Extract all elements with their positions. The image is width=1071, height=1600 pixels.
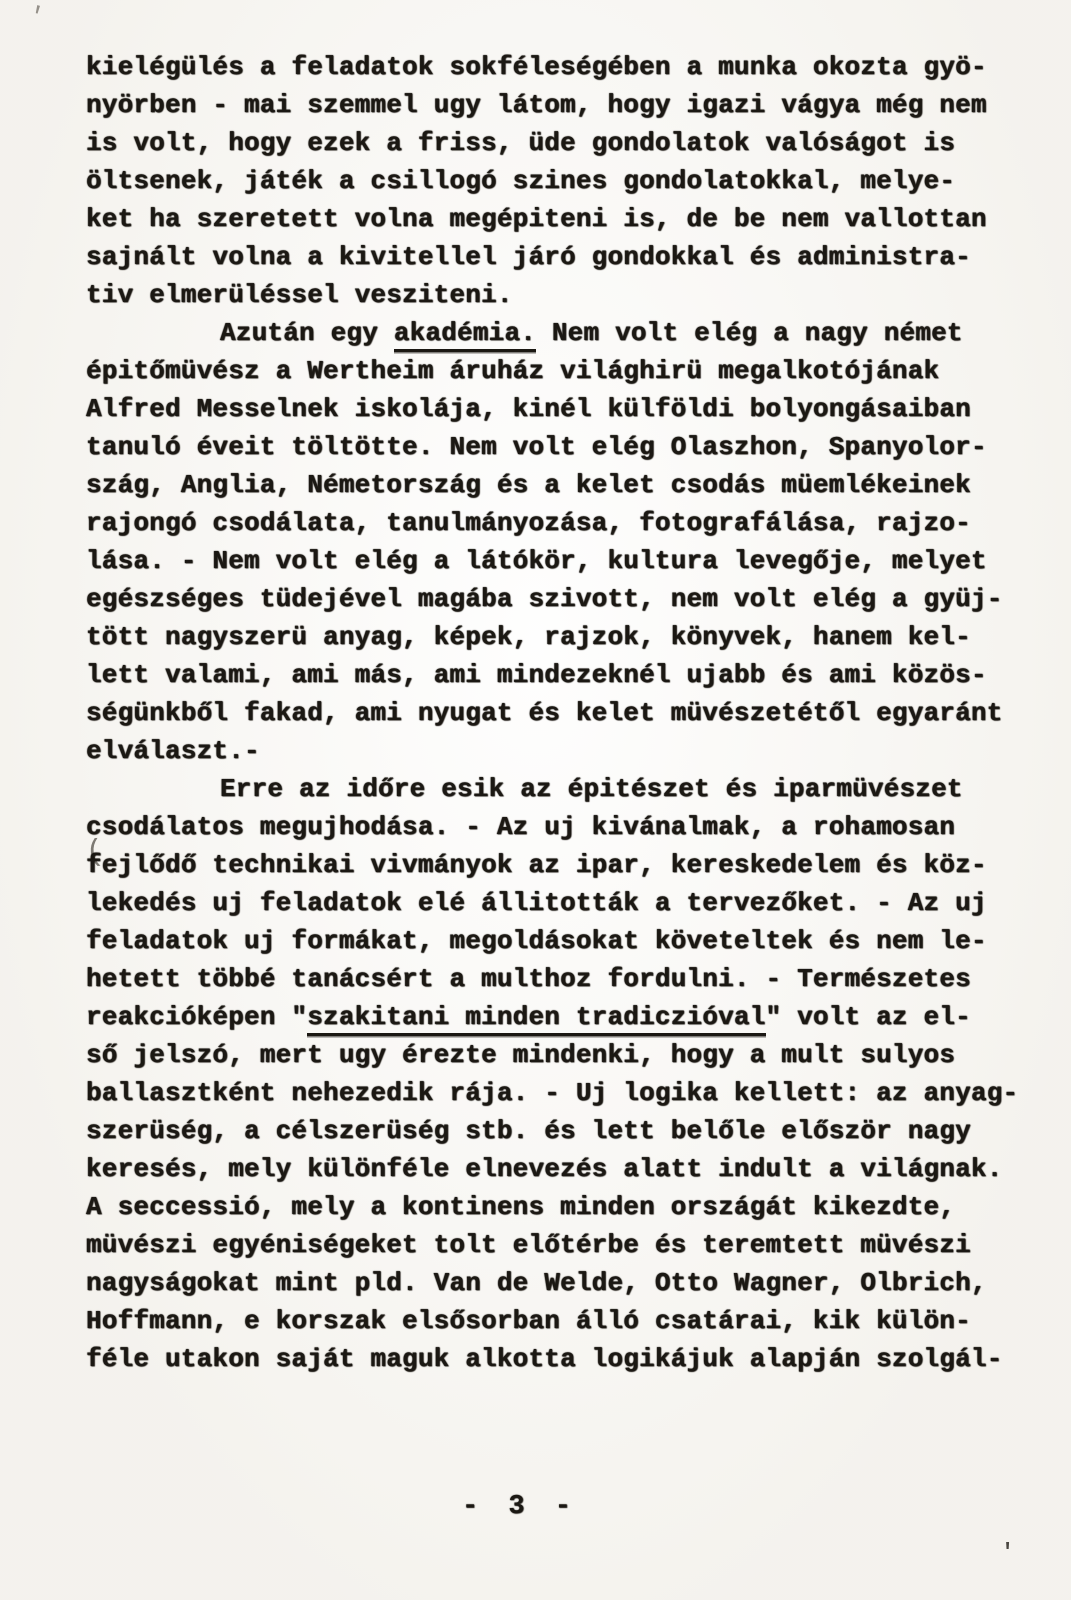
text-segment: tött nagyszerü anyag, képek, rajzok, kön… xyxy=(86,622,971,652)
text-segment: fejlődő technikai vivmányok az ipar, ker… xyxy=(86,850,987,880)
text-line: ket ha szeretett volna megépiteni is, de… xyxy=(86,200,1036,238)
text-line: tanuló éveit töltötte. Nem volt elég Ola… xyxy=(86,428,1036,466)
text-segment: öltsenek, játék a csillogó szines gondol… xyxy=(86,166,955,196)
text-block: kielégülés a feladatok sokféleségében a … xyxy=(86,48,1036,1378)
underlined-phrase: akadémia. xyxy=(394,318,536,352)
text-segment: nagyságokat mint pld. Van de Welde, Otto… xyxy=(86,1268,987,1298)
text-segment: reakcióképen " xyxy=(86,1002,307,1032)
text-segment: feladatok uj formákat, megoldásokat köve… xyxy=(86,926,987,956)
text-segment: tanuló éveit töltötte. Nem volt elég Ola… xyxy=(86,432,987,462)
text-line: sajnált volna a kivitellel járó gondokka… xyxy=(86,238,1036,276)
text-line: reakcióképen "szakitani minden tradiczió… xyxy=(86,998,1036,1036)
text-line: Erre az időre esik az épitészet és iparm… xyxy=(86,770,1036,808)
text-segment: féle utakon saját maguk alkotta logikáju… xyxy=(86,1344,1003,1374)
text-line: lása. - Nem volt elég a látókör, kultura… xyxy=(86,542,1036,580)
text-segment: is volt, hogy ezek a friss, üde gondolat… xyxy=(86,128,955,158)
text-segment: nyörben - mai szemmel ugy látom, hogy ig… xyxy=(86,90,987,120)
text-segment: müvészi egyéniségeket tolt előtérbe és t… xyxy=(86,1230,971,1260)
text-segment: ső jelszó, mert ugy érezte mindenki, hog… xyxy=(86,1040,955,1070)
text-line: szág, Anglia, Németország és a kelet cso… xyxy=(86,466,1036,504)
text-line: tött nagyszerü anyag, képek, rajzok, kön… xyxy=(86,618,1036,656)
document-page: ' ( kielégülés a feladatok sokféleségébe… xyxy=(0,0,1071,1600)
text-line: nyörben - mai szemmel ugy látom, hogy ig… xyxy=(86,86,1036,124)
text-line: épitőmüvész a Wertheim áruház világhirü … xyxy=(86,352,1036,390)
text-line: ségünkből fakad, ami nyugat és kelet müv… xyxy=(86,694,1036,732)
text-segment: kielégülés a feladatok sokféleségében a … xyxy=(86,52,987,82)
page-number: - 3 - xyxy=(462,1492,578,1522)
text-segment: ket ha szeretett volna megépiteni is, de… xyxy=(86,204,987,234)
text-segment: A seccessió, mely a kontinens minden ors… xyxy=(86,1192,955,1222)
text-segment: Alfred Messelnek iskolája, kinél külföld… xyxy=(86,394,971,424)
text-line: szerüség, a célszerüség stb. és lett bel… xyxy=(86,1112,1036,1150)
text-line: lekedés uj feladatok elé állitották a te… xyxy=(86,884,1036,922)
text-line: müvészi egyéniségeket tolt előtérbe és t… xyxy=(86,1226,1036,1264)
text-segment: Nem volt elég a nagy német xyxy=(536,318,963,348)
text-line: tiv elmerüléssel vesziteni. xyxy=(86,276,1036,314)
text-line: lett valami, ami más, ami mindezeknél uj… xyxy=(86,656,1036,694)
text-line: is volt, hogy ezek a friss, üde gondolat… xyxy=(86,124,1036,162)
text-line: rajongó csodálata, tanulmányozása, fotog… xyxy=(86,504,1036,542)
text-line: csodálatos megujhodása. - Az uj kivánalm… xyxy=(86,808,1036,846)
text-line: öltsenek, játék a csillogó szines gondol… xyxy=(86,162,1036,200)
text-segment: sajnált volna a kivitellel járó gondokka… xyxy=(86,242,971,272)
text-segment: egészséges tüdejével magába szivott, nem… xyxy=(86,584,1003,614)
text-line: feladatok uj formákat, megoldásokat köve… xyxy=(86,922,1036,960)
text-line: elválaszt.- xyxy=(86,732,1036,770)
text-segment: Erre az időre esik az épitészet és iparm… xyxy=(220,774,963,804)
text-segment: lása. - Nem volt elég a látókör, kultura… xyxy=(86,546,987,576)
text-segment: lett valami, ami más, ami mindezeknél uj… xyxy=(86,660,987,690)
text-line: nagyságokat mint pld. Van de Welde, Otto… xyxy=(86,1264,1036,1302)
text-segment: szerüség, a célszerüség stb. és lett bel… xyxy=(86,1116,971,1146)
text-segment: ballasztként nehezedik rája. - Uj logika… xyxy=(86,1078,1018,1108)
text-segment: Hoffmann, e korszak elsősorban álló csat… xyxy=(86,1306,971,1336)
text-segment: elválaszt.- xyxy=(86,736,260,766)
ink-speck: ' xyxy=(1001,1540,1014,1565)
text-segment: lekedés uj feladatok elé állitották a te… xyxy=(86,888,987,918)
text-line: ballasztként nehezedik rája. - Uj logika… xyxy=(86,1074,1036,1112)
text-line: keresés, mely különféle elnevezés alatt … xyxy=(86,1150,1036,1188)
text-line: Alfred Messelnek iskolája, kinél külföld… xyxy=(86,390,1036,428)
text-segment: rajongó csodálata, tanulmányozása, fotog… xyxy=(86,508,971,538)
text-segment: hetett többé tanácsért a multhoz forduln… xyxy=(86,964,971,994)
text-line: A seccessió, mely a kontinens minden ors… xyxy=(86,1188,1036,1226)
text-segment: keresés, mely különféle elnevezés alatt … xyxy=(86,1154,1003,1184)
underlined-phrase: szakitani minden tradiczióval xyxy=(307,1002,765,1036)
text-segment: " volt az el- xyxy=(766,1002,971,1032)
text-line: egészséges tüdejével magába szivott, nem… xyxy=(86,580,1036,618)
ink-speck: ' xyxy=(25,1,47,34)
text-line: fejlődő technikai vivmányok az ipar, ker… xyxy=(86,846,1036,884)
text-line: kielégülés a feladatok sokféleségében a … xyxy=(86,48,1036,86)
text-line: Hoffmann, e korszak elsősorban álló csat… xyxy=(86,1302,1036,1340)
text-line: féle utakon saját maguk alkotta logikáju… xyxy=(86,1340,1036,1378)
text-segment: Azután egy xyxy=(220,318,394,348)
text-line: ső jelszó, mert ugy érezte mindenki, hog… xyxy=(86,1036,1036,1074)
text-segment: tiv elmerüléssel vesziteni. xyxy=(86,280,513,310)
text-line: hetett többé tanácsért a multhoz forduln… xyxy=(86,960,1036,998)
text-segment: csodálatos megujhodása. - Az uj kivánalm… xyxy=(86,812,955,842)
text-line: Azután egy akadémia. Nem volt elég a nag… xyxy=(86,314,1036,352)
text-segment: ségünkből fakad, ami nyugat és kelet müv… xyxy=(86,698,1003,728)
text-segment: épitőmüvész a Wertheim áruház világhirü … xyxy=(86,356,939,386)
text-segment: szág, Anglia, Németország és a kelet cso… xyxy=(86,470,971,500)
